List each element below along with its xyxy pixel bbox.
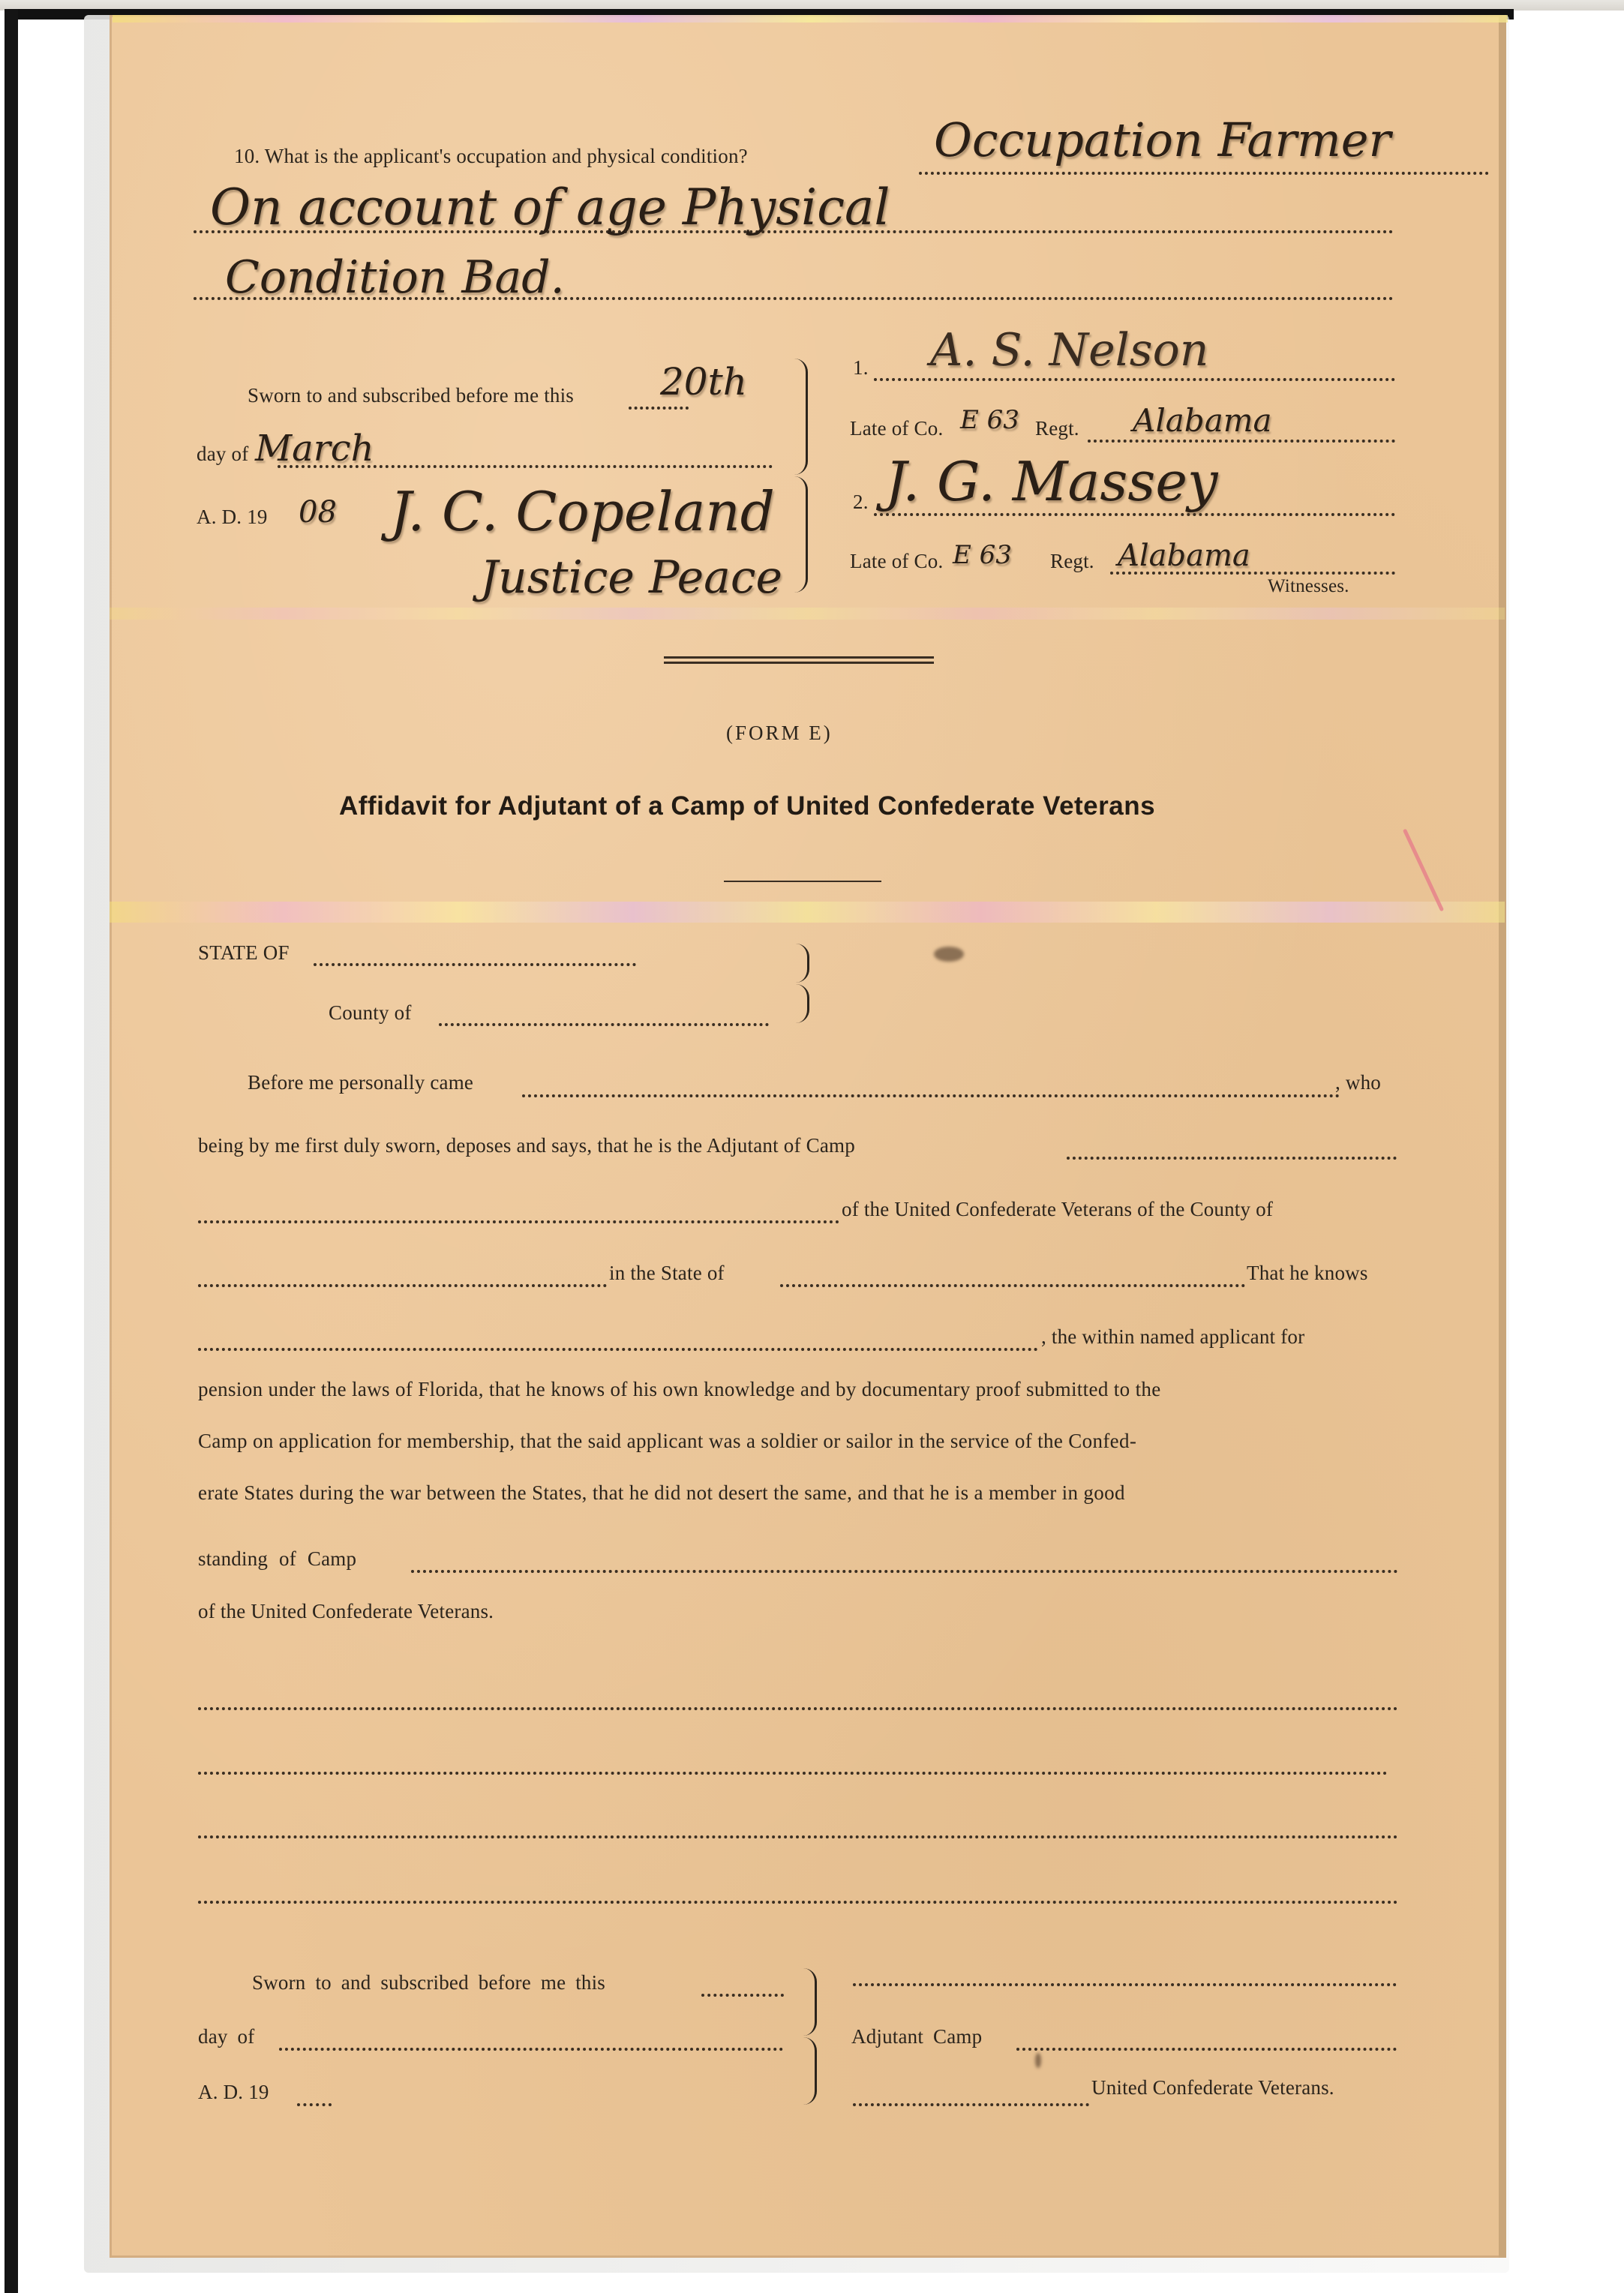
county-of-label: County of xyxy=(329,1001,412,1025)
witness-2-co-label: Late of Co. xyxy=(850,550,943,573)
adjutant-camp-line xyxy=(1016,2045,1397,2051)
sworn-label-2: Sworn to and subscribed before me this xyxy=(252,1971,605,1994)
ad-label: A. D. 19 xyxy=(197,506,268,529)
paragraph-line-1: pension under the laws of Florida, that … xyxy=(198,1378,1161,1401)
q10-answer-line-3: Condition Bad. xyxy=(225,251,565,304)
day-line xyxy=(629,404,689,410)
title-underline xyxy=(724,881,881,882)
sleeve-reflection xyxy=(110,608,1505,620)
divider-double-rule xyxy=(664,662,934,664)
adjutant-line-label: being by me first duly sworn, deposes an… xyxy=(198,1134,855,1157)
q10-answer-line-2: On account of age Physical xyxy=(210,179,890,236)
month-line-2 xyxy=(279,2045,783,2051)
bracket xyxy=(803,1968,817,2036)
witness-2-regt-label: Regt. xyxy=(1050,550,1094,573)
sworn-label: Sworn to and subscribed before me this xyxy=(248,384,574,407)
ad-label-2: A. D. 19 xyxy=(198,2081,269,2104)
witness-1-regiment: Alabama xyxy=(1133,402,1272,439)
witness-2-signature: J. G. Massey xyxy=(885,450,1218,513)
witness-1-company: E 63 xyxy=(960,405,1019,435)
paragraph-line-2: Camp on application for membership, that… xyxy=(198,1430,1136,1453)
year-line-2 xyxy=(297,2100,332,2106)
before-me-label: Before me personally came xyxy=(248,1071,473,1094)
witness-2-regiment: Alabama xyxy=(1118,539,1250,573)
blank-line xyxy=(198,1832,1398,1838)
sworn-month-value: March xyxy=(255,428,374,470)
witness-1-co-label: Late of Co. xyxy=(850,417,943,440)
ucv-county-label: of the United Confederate Veterans of th… xyxy=(842,1198,1273,1221)
state-name-line xyxy=(780,1281,1245,1287)
sworn-year-value: 08 xyxy=(299,495,337,530)
in-state-of-label: in the State of xyxy=(609,1262,725,1285)
justice-signature: J. C. Copeland xyxy=(390,480,775,543)
camp-name-line xyxy=(198,1217,839,1223)
witnesses-label: Witnesses. xyxy=(1268,576,1349,597)
name-line xyxy=(522,1091,1340,1097)
ucv-closing-label: of the United Confederate Veterans. xyxy=(198,1600,494,1623)
bracket xyxy=(794,476,808,593)
justice-title: Justice Peace xyxy=(480,551,782,604)
sleeve-reflection xyxy=(110,902,1505,923)
adjutant-signature-line xyxy=(853,1980,1397,1986)
camp-line xyxy=(1067,1154,1397,1160)
camp-ucv-line xyxy=(853,2100,1089,2106)
bracket xyxy=(803,2037,817,2105)
that-he-knows-label: That he knows xyxy=(1247,1262,1368,1285)
blank-line xyxy=(198,1898,1398,1904)
sleeve-reflection xyxy=(113,15,1508,23)
witness-1-regt-label: Regt. xyxy=(1035,417,1079,440)
standing-label: standing of Camp xyxy=(198,1547,356,1571)
ink-spot xyxy=(1035,2053,1041,2068)
blank-line xyxy=(198,1769,1388,1775)
witness-2-company: E 63 xyxy=(953,540,1012,570)
county-line xyxy=(439,1020,769,1026)
form-title: Affidavit for Adjutant of a Camp of Unit… xyxy=(339,791,1155,821)
state-of-label: STATE OF xyxy=(198,941,290,965)
witness-1-number: 1. xyxy=(853,356,869,380)
state-line xyxy=(314,960,636,966)
bracket xyxy=(794,359,808,475)
day-line-2 xyxy=(701,1991,784,1997)
divider-double-rule xyxy=(664,656,934,659)
answer-line xyxy=(919,169,1489,175)
ink-smudge xyxy=(934,947,964,962)
question-10-label: 10. What is the applicant's occupation a… xyxy=(234,145,748,168)
applicant-name-line xyxy=(198,1345,1038,1351)
standing-camp-line xyxy=(411,1567,1398,1573)
q10-answer-line-1: Occupation Farmer xyxy=(934,113,1391,167)
paper-edge xyxy=(1499,15,1506,2258)
within-named-label: , the within named applicant for xyxy=(1041,1325,1304,1349)
ucv-label-2: United Confederate Veterans. xyxy=(1091,2076,1334,2099)
adjutant-camp-label: Adjutant Camp xyxy=(851,2025,982,2048)
witness-1-signature: A. S. Nelson xyxy=(930,324,1208,377)
witness-2-number: 2. xyxy=(853,491,869,514)
form-label: (FORM E) xyxy=(726,722,833,745)
paragraph-line-3: erate States during the war between the … xyxy=(198,1481,1125,1505)
scanner-black-border-left xyxy=(5,9,18,2293)
sworn-day-value: 20th xyxy=(660,360,747,404)
county-name-line xyxy=(198,1281,607,1287)
day-of-label-2: day of xyxy=(198,2025,254,2048)
blank-line xyxy=(198,1704,1398,1710)
day-of-label: day of xyxy=(197,443,248,466)
who-label: , who xyxy=(1335,1071,1381,1094)
